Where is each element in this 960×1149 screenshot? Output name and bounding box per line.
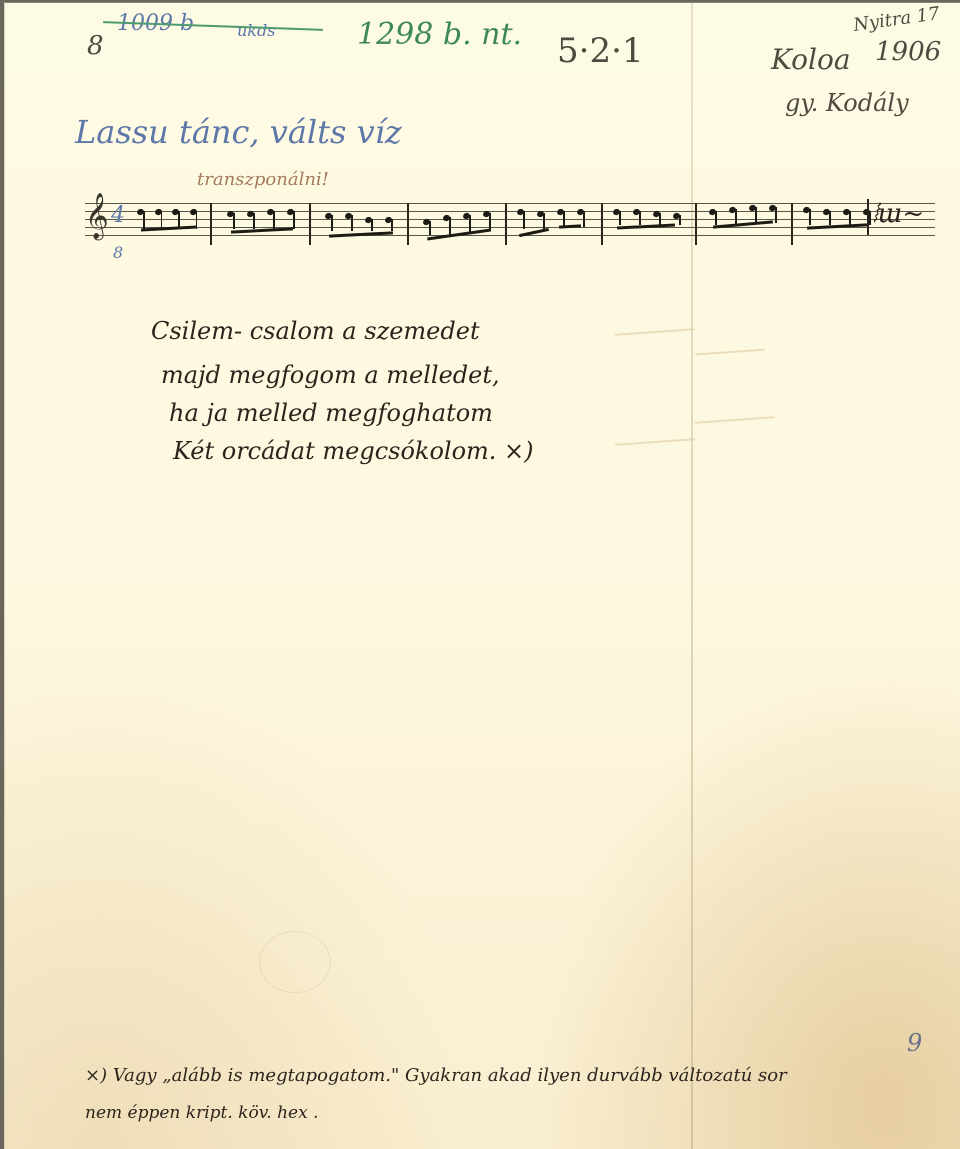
barline <box>309 203 311 245</box>
barline <box>791 203 793 245</box>
place-name: Koloa <box>771 43 851 76</box>
paper-crease <box>615 438 695 446</box>
year: 1906 <box>875 37 941 67</box>
barline <box>407 203 409 245</box>
measure-8 <box>801 199 881 245</box>
paper-crease <box>695 416 775 424</box>
measure-7 <box>707 199 787 245</box>
barline <box>210 203 212 245</box>
final-marking: 𝆃ɯ~ <box>873 199 924 230</box>
old-catalog-suffix: ukds <box>237 21 275 40</box>
final-barline <box>867 199 869 235</box>
measure-2 <box>225 199 305 245</box>
measure-4 <box>421 199 503 245</box>
collector-name: gy. Kodály <box>785 89 909 117</box>
time-signature-bottom: 8 <box>113 243 123 262</box>
paper-fold <box>691 3 693 1149</box>
county-date: Nyitra 17 <box>852 3 941 36</box>
song-title: Lassu tánc, válts víz <box>75 113 402 151</box>
transpose-note: transzponálni! <box>197 169 329 190</box>
treble-clef-icon: 𝄞 <box>85 193 109 239</box>
catalog-number: 1298 b. nt. <box>357 17 522 52</box>
lyric-line-4: Két orcádat megcsókolom. ×) <box>173 437 534 465</box>
time-signature-top: 4 <box>111 203 125 228</box>
lyric-line-3: ha ja melled megfoghatom <box>169 399 493 427</box>
measure-6 <box>611 199 691 245</box>
barline <box>695 203 697 245</box>
lyric-line-2: majd megfogom a melledet, <box>161 361 500 389</box>
paper-crease <box>695 349 765 356</box>
footnote-line-1: ×) Vagy „alább is megtapogatom." Gyakran… <box>85 1065 787 1086</box>
lyric-line-1: Csilem- csalom a szemedet <box>151 317 480 345</box>
footnote-line-2: nem éppen kript. köv. hex . <box>85 1103 319 1123</box>
music-staff: 𝄞 4 8 <box>85 199 935 239</box>
measure-1 <box>135 199 205 245</box>
page-number: 9 <box>907 1029 922 1057</box>
paper-crease <box>615 328 695 336</box>
faint-library-stamp <box>259 931 331 993</box>
classification-number: 5·2·1 <box>557 31 644 71</box>
measure-3 <box>323 199 403 245</box>
manuscript-page: 8 1009 b ukds 1298 b. nt. 5·2·1 Koloa Ny… <box>4 2 960 1149</box>
barline <box>601 203 603 245</box>
sheet-number: 8 <box>87 31 104 61</box>
measure-5 <box>515 199 595 245</box>
barline <box>505 203 507 245</box>
